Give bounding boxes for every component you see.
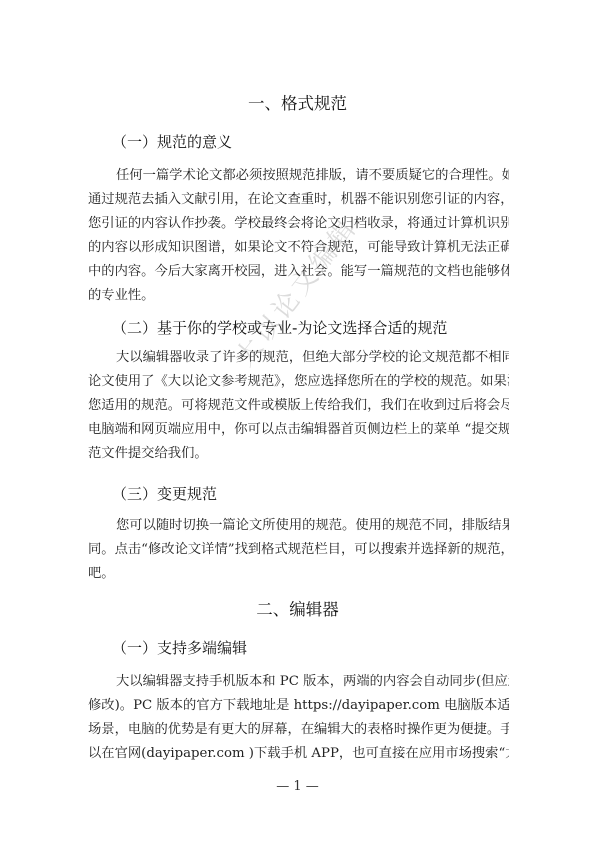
subsection-title: （二）基于你的学校或专业-为论文选择合适的规范 (112, 318, 447, 338)
document-page: 大以论文编辑 一、格式规范 （一）规范的意义 任何一篇学术论文都必须按照规范排版… (0, 0, 595, 842)
paragraph-line: 大以编辑器支持手机版本和 PC 版本，两端的内容会自动同步(但应避免同时 (116, 673, 509, 691)
paragraph-line: 的内容以形成知识图谱，如果论文不符合规范，可能导致计算机无法正确识别其 (88, 239, 509, 257)
section-title: 一、格式规范 (0, 94, 595, 114)
paragraph-line: 电脑端和网页端应用中，你可以点击编辑器首页侧边栏上的菜单 “提交规范”将规 (88, 421, 509, 439)
paragraph-line: 您适用的规范。可将规范文件或模版上传给我们，我们在收到过后将会尽快收录。 (88, 397, 509, 415)
paragraph-line: 场景，电脑的优势是有更大的屏幕，在编辑大的表格时操作更为便捷。手机版可 (88, 721, 509, 739)
paragraph-line: 您引证的内容认作抄袭。学校最终会将论文归档收录，将通过计算机识别文档中 (88, 215, 509, 233)
paragraph-line: 论文使用了《大以论文参考规范》，您应选择您所在的学校的规范。如果没有找到 (88, 373, 509, 391)
paragraph-line: 您可以随时切换一篇论文所使用的规范。使用的规范不同，排版结果就会不 (116, 517, 509, 535)
paragraph-line: 范文件提交给我们。 (88, 445, 509, 463)
subsection-title: （一）规范的意义 (112, 132, 232, 152)
paragraph-line: 以在官网(dayipaper.com )下载手机 APP，也可直接在应用市场搜索… (88, 745, 509, 763)
paragraph-line: 中的内容。今后大家离开校园，进入社会。能写一篇规范的文档也能够体现自己 (88, 263, 509, 281)
paragraph-line: 大以编辑器收录了许多的规范，但绝大部分学校的论文规范都不相同。示例 (116, 349, 509, 367)
paragraph-line: 吧。 (88, 565, 509, 583)
paragraph-line: 修改)。PC 版本的官方下载地址是 https://dayipaper.com … (88, 697, 509, 715)
section-title: 二、编辑器 (0, 600, 595, 620)
subsection-title: （三）变更规范 (112, 484, 217, 504)
subsection-title: （一）支持多端编辑 (112, 638, 247, 658)
paragraph-line: 任何一篇学术论文都必须按照规范排版，请不要质疑它的合理性。如果没有 (116, 167, 509, 185)
paragraph-line: 同。点击“修改论文详情”找到格式规范栏目，可以搜索并选择新的规范，去试试 (88, 541, 509, 559)
paragraph-line: 的专业性。 (88, 287, 509, 305)
paragraph-line: 通过规范去插入文献引用，在论文查重时，机器不能识别您引证的内容，可能将 (88, 191, 509, 209)
page-number: — 1 — (0, 778, 595, 796)
